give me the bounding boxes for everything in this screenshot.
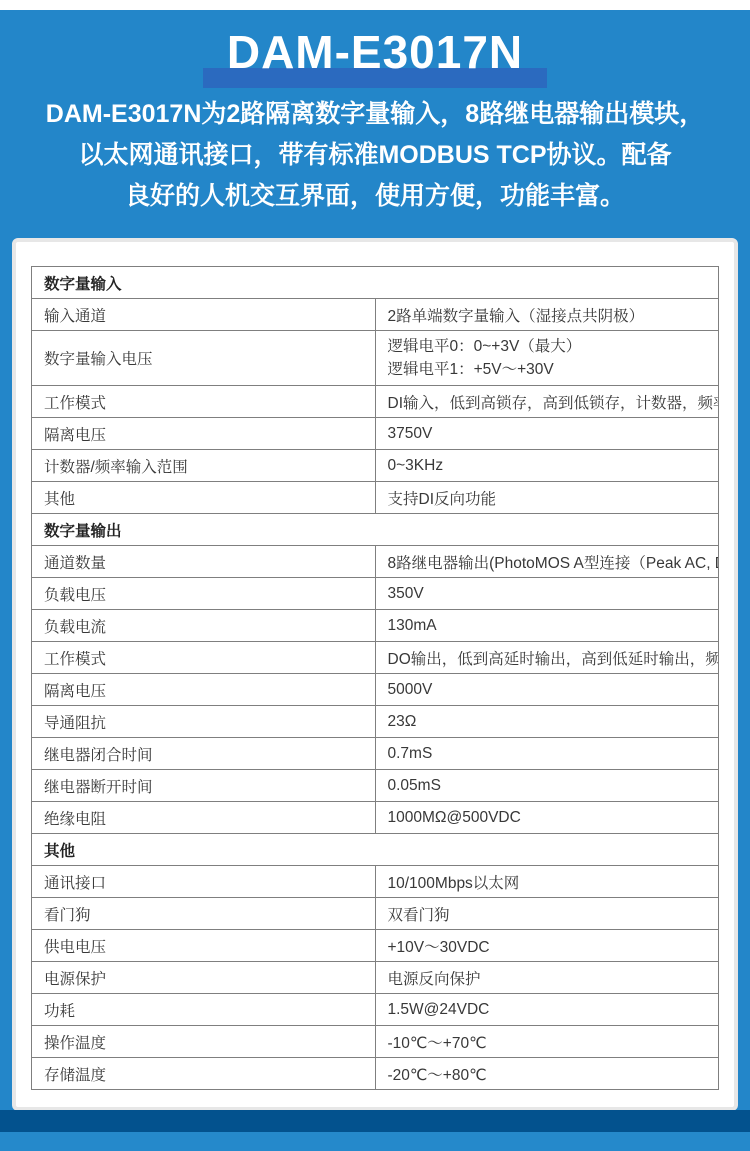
spec-value: DI输入，低到高锁存，高到低锁存，计数器，频率测量 [375, 386, 719, 418]
spec-value: 2路单端数字量输入（湿接点共阴极） [375, 299, 719, 331]
description-line: 以太网通讯接口，带有标准MODBUS TCP协议。配备 [0, 135, 750, 176]
section-header: 其他 [32, 834, 719, 866]
spec-value: DO输出，低到高延时输出，高到低延时输出，频率输出 [375, 642, 719, 674]
spec-value-line: 逻辑电平1：+5V～+30V [388, 358, 707, 381]
spec-row: 负载电压350V [32, 578, 719, 610]
spec-value: -10℃～+70℃ [375, 1026, 719, 1058]
spec-row: 导通阻抗23Ω [32, 706, 719, 738]
spec-value: -20℃～+80℃ [375, 1058, 719, 1090]
spec-row: 通讯接口10/100Mbps以太网 [32, 866, 719, 898]
spec-label: 负载电压 [32, 578, 376, 610]
spec-value-line: 逻辑电平0：0~+3V（最大） [388, 335, 707, 358]
spec-row: 隔离电压3750V [32, 418, 719, 450]
spec-table: 数字量输入输入通道2路单端数字量输入（湿接点共阴极）数字量输入电压逻辑电平0：0… [31, 266, 719, 1090]
spec-value: 1.5W@24VDC [375, 994, 719, 1026]
spec-label: 隔离电压 [32, 418, 376, 450]
section-header-row: 数字量输出 [32, 514, 719, 546]
spec-label: 供电电压 [32, 930, 376, 962]
spec-value: 8路继电器输出(PhotoMOS A型连接（Peak AC, DC）） [375, 546, 719, 578]
spec-row: 继电器闭合时间0.7mS [32, 738, 719, 770]
spec-row: 其他支持DI反向功能 [32, 482, 719, 514]
spec-card: 数字量输入输入通道2路单端数字量输入（湿接点共阴极）数字量输入电压逻辑电平0：0… [12, 238, 738, 1111]
spec-value: 0~3KHz [375, 450, 719, 482]
spec-label: 绝缘电阻 [32, 802, 376, 834]
page-title: DAM-E3017N [0, 24, 750, 80]
spec-label: 输入通道 [32, 299, 376, 331]
spec-value: 23Ω [375, 706, 719, 738]
spec-label: 继电器断开时间 [32, 770, 376, 802]
spec-row: 看门狗双看门狗 [32, 898, 719, 930]
spec-row: 负载电流130mA [32, 610, 719, 642]
spec-label: 功耗 [32, 994, 376, 1026]
footer-dark-band [0, 1110, 750, 1132]
spec-label: 操作温度 [32, 1026, 376, 1058]
spec-row: 操作温度-10℃～+70℃ [32, 1026, 719, 1058]
top-white-strip [0, 0, 750, 10]
section-header-row: 数字量输入 [32, 267, 719, 299]
spec-row: 电源保护电源反向保护 [32, 962, 719, 994]
spec-label: 导通阻抗 [32, 706, 376, 738]
spec-row: 输入通道2路单端数字量输入（湿接点共阴极） [32, 299, 719, 331]
spec-label: 负载电流 [32, 610, 376, 642]
spec-label: 数字量输入电压 [32, 331, 376, 386]
spec-row: 功耗1.5W@24VDC [32, 994, 719, 1026]
spec-value: 支持DI反向功能 [375, 482, 719, 514]
spec-value: 5000V [375, 674, 719, 706]
spec-label: 通道数量 [32, 546, 376, 578]
spec-value: 350V [375, 578, 719, 610]
spec-value: +10V～30VDC [375, 930, 719, 962]
spec-row: 工作模式DO输出，低到高延时输出，高到低延时输出，频率输出 [32, 642, 719, 674]
spec-value: 电源反向保护 [375, 962, 719, 994]
spec-value: 逻辑电平0：0~+3V（最大）逻辑电平1：+5V～+30V [375, 331, 719, 386]
spec-label: 通讯接口 [32, 866, 376, 898]
spec-row: 存储温度-20℃～+80℃ [32, 1058, 719, 1090]
description-line: 良好的人机交互界面，使用方便，功能丰富。 [0, 176, 750, 217]
spec-row: 数字量输入电压逻辑电平0：0~+3V（最大）逻辑电平1：+5V～+30V [32, 331, 719, 386]
spec-label: 其他 [32, 482, 376, 514]
spec-row: 隔离电压5000V [32, 674, 719, 706]
spec-label: 看门狗 [32, 898, 376, 930]
spec-value: 0.05mS [375, 770, 719, 802]
spec-row: 工作模式DI输入，低到高锁存，高到低锁存，计数器，频率测量 [32, 386, 719, 418]
product-spec-page: DAM-E3017N DAM-E3017N为2路隔离数字量输入，8路继电器输出模… [0, 0, 750, 1151]
product-description: DAM-E3017N为2路隔离数字量输入，8路继电器输出模块， 以太网通讯接口，… [0, 94, 750, 217]
spec-row: 通道数量8路继电器输出(PhotoMOS A型连接（Peak AC, DC）） [32, 546, 719, 578]
spec-label: 继电器闭合时间 [32, 738, 376, 770]
spec-row: 继电器断开时间0.05mS [32, 770, 719, 802]
spec-label: 电源保护 [32, 962, 376, 994]
description-line: DAM-E3017N为2路隔离数字量输入，8路继电器输出模块， [0, 94, 750, 135]
spec-value: 3750V [375, 418, 719, 450]
spec-label: 工作模式 [32, 642, 376, 674]
footer-light-band [0, 1132, 750, 1151]
spec-table-body: 数字量输入输入通道2路单端数字量输入（湿接点共阴极）数字量输入电压逻辑电平0：0… [32, 267, 719, 1090]
spec-label: 工作模式 [32, 386, 376, 418]
spec-value: 1000MΩ@500VDC [375, 802, 719, 834]
spec-row: 供电电压+10V～30VDC [32, 930, 719, 962]
section-header: 数字量输出 [32, 514, 719, 546]
section-header-row: 其他 [32, 834, 719, 866]
spec-row: 绝缘电阻1000MΩ@500VDC [32, 802, 719, 834]
spec-value: 双看门狗 [375, 898, 719, 930]
spec-value: 0.7mS [375, 738, 719, 770]
spec-value: 10/100Mbps以太网 [375, 866, 719, 898]
spec-row: 计数器/频率输入范围0~3KHz [32, 450, 719, 482]
section-header: 数字量输入 [32, 267, 719, 299]
spec-label: 计数器/频率输入范围 [32, 450, 376, 482]
spec-label: 存储温度 [32, 1058, 376, 1090]
spec-label: 隔离电压 [32, 674, 376, 706]
spec-value: 130mA [375, 610, 719, 642]
